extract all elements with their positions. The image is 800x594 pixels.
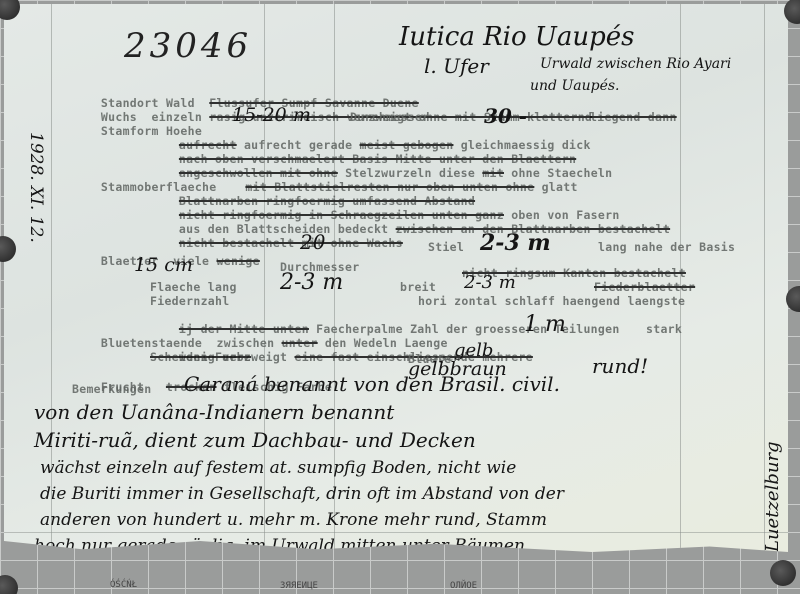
footer-fragment-3: ОЛЙОЕ: [450, 581, 477, 591]
footer-fragment-1: ÓŚĆŃŁ: [110, 580, 137, 590]
catalog-number: 23046: [124, 26, 252, 66]
locality-heading: Iutica Rio Uaupés: [399, 22, 634, 52]
leaf-count: 20: [300, 230, 325, 254]
locality-detail-1: Urwald zwischen Rio Ayari: [540, 56, 731, 72]
fruit-shape: rund!: [592, 354, 648, 378]
leaflet-count-label: Fiedernzahl: [150, 294, 229, 308]
collection-date: 1928. XI. 12.: [26, 132, 46, 243]
locality-bank: l. Ufer: [424, 54, 489, 78]
remarks-line-2: von den Uanâna-Indianern benannt: [34, 400, 394, 424]
mounting-pin-bottom-right: [770, 560, 796, 586]
stalk-note: lang nahe der Basis: [598, 240, 735, 254]
stalk-diameter-value: 15 cm: [134, 254, 193, 276]
height-value: 15-20 m: [232, 104, 311, 126]
stalk-label: Stiel: [428, 240, 464, 254]
remarks-line-1: Caraná benannt von den Brasil. civil.: [184, 372, 560, 396]
diameter-label: Durchmesser: [350, 110, 429, 124]
inflorescence-length: 1 m: [524, 312, 566, 337]
blade-length-value: 2-3 m: [280, 270, 343, 295]
blade-width-value: 2-3 m: [464, 272, 516, 293]
remarks-line-5: die Buriti immer in Gesellschaft, drin o…: [40, 484, 564, 504]
struck-option: liegend dann: [590, 110, 677, 124]
blade-width-label: breit: [400, 280, 436, 294]
remarks-label: Bemerkungen: [72, 382, 151, 396]
inflorescence-strength: stark: [646, 322, 682, 336]
bottom-rule: [4, 532, 788, 533]
remarks-line-4: wächst einzeln auf festem at. sumpfig Bo…: [40, 458, 516, 478]
blade-length-label: Flaeche lang: [150, 280, 237, 294]
remarks-line-3: Miriti-ruã, dient zum Dachbau- und Decke…: [34, 428, 476, 452]
remarks-line-6: anderen von hundert u. mehr m. Krone meh…: [40, 510, 547, 530]
field-label-sheet: 23046 Iutica Rio Uaupés l. Ufer Urwald z…: [4, 4, 788, 552]
locality-detail-2: und Uaupés.: [530, 78, 620, 94]
footer-fragment-2: ЗЯЯЕИЦЕ: [280, 581, 318, 591]
leaflet-description: hori zontal schlaff haengend laengste: [418, 294, 685, 308]
collector-signature: Luetzelburg: [762, 441, 783, 552]
stalk-length: 2-3 m: [480, 230, 551, 256]
field-value: glatt: [542, 180, 578, 194]
struck-option: wenige: [217, 254, 260, 268]
struck-option: Fiederblaetter: [594, 280, 695, 294]
struck-option: Scheiden Farbe: [150, 350, 251, 364]
